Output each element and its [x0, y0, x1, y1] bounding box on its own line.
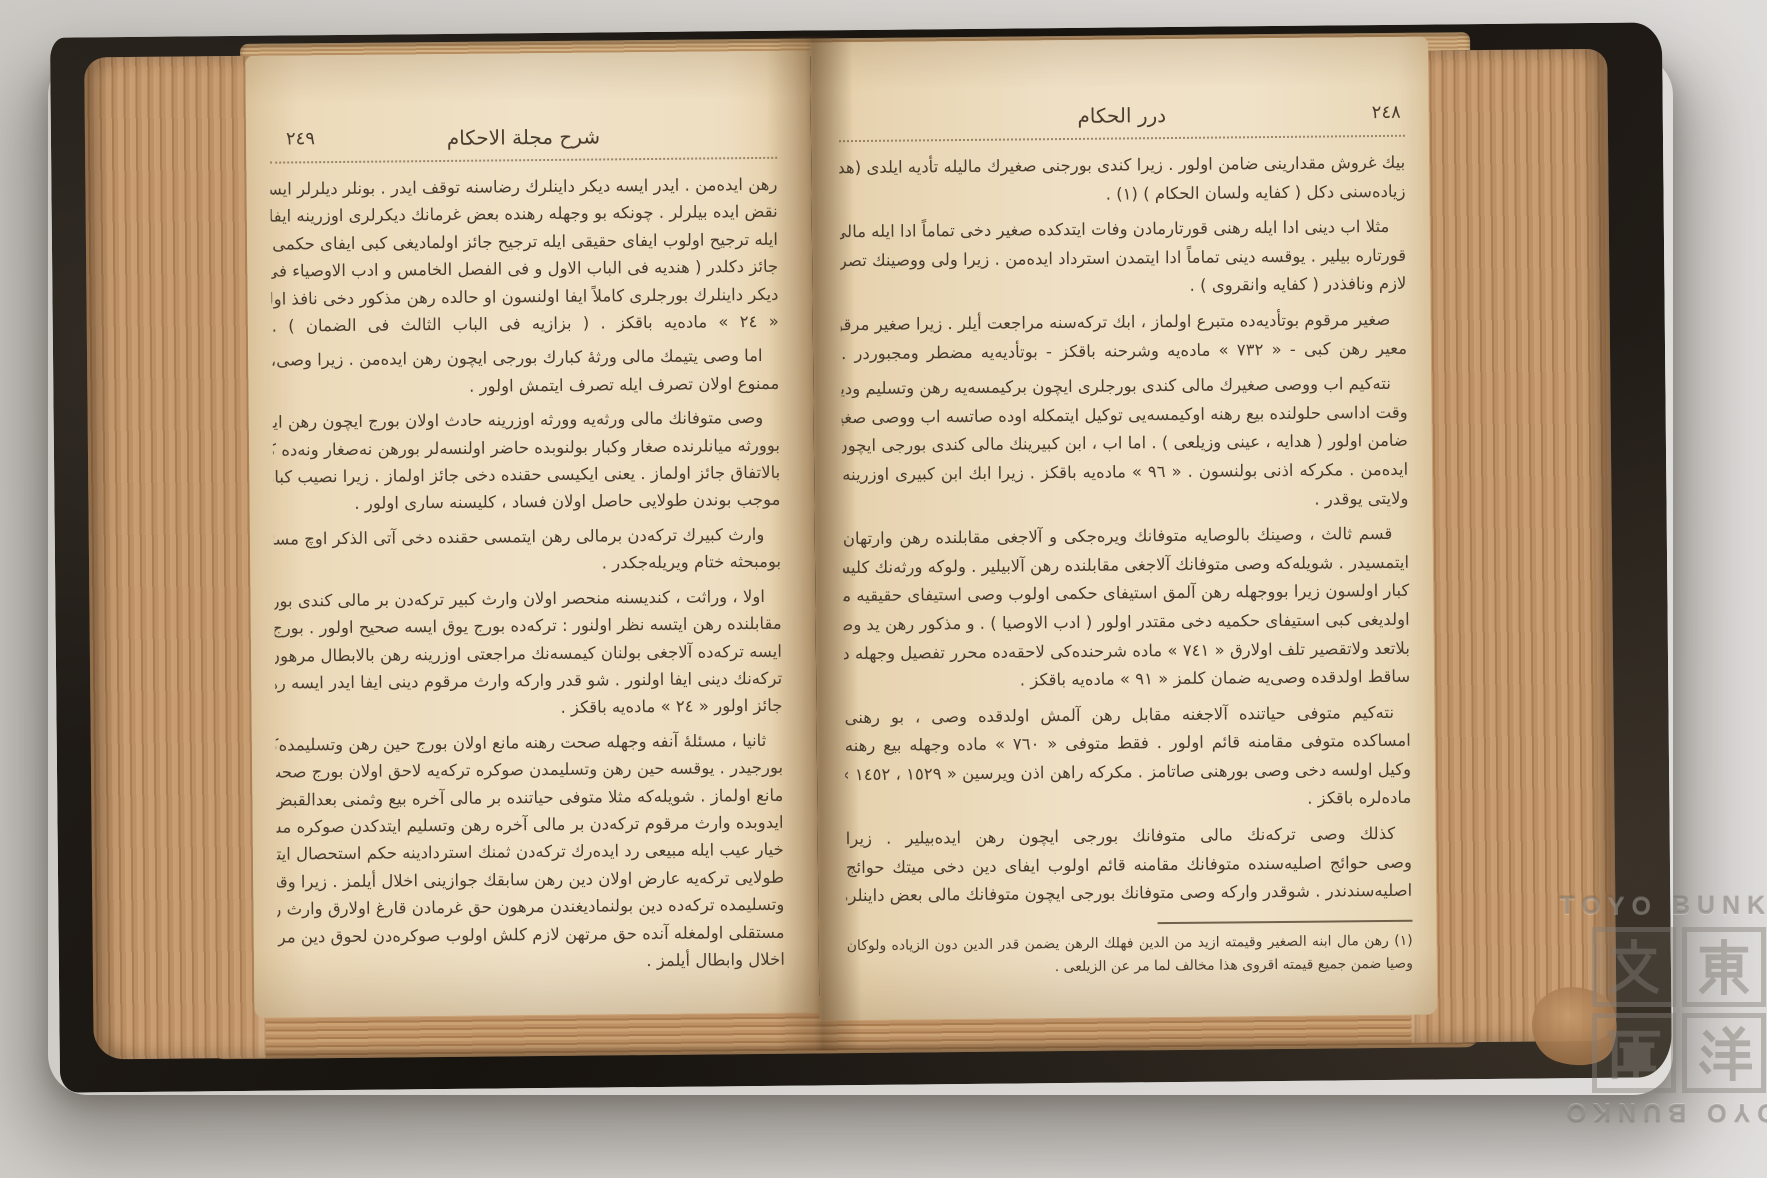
left-fore-edge-pages — [84, 56, 266, 1060]
right-page-content: ٢٤٨ درر الحكام بيك غروش مقدارينى ضامن او… — [839, 101, 1413, 981]
text-line: موجب بوندن طولايى حاصل اولان فساد ، كليس… — [273, 486, 780, 518]
left-page: ٢٤٩ شرح مجلة الاحكام رهن ايده‌من . ايدر … — [245, 50, 819, 1017]
text-line: بومبحثه ختام ويريله‌جكدر . — [274, 548, 781, 580]
text-line: اخلال وابطال أيلمز . — [278, 946, 785, 978]
left-page-number: ٢٤٩ — [286, 128, 315, 149]
text-line: مقابلنده رهن ايتسه نظر اولنور : تركه‌ده … — [275, 610, 782, 642]
text-line: اصليه‌سندندر . شوقدر واركه وصى متوفانك ب… — [846, 877, 1412, 911]
text-line: ولايتى يوقدر . — [842, 484, 1408, 518]
text-line: جائز اولور « ٢٤ » ماده‌يه باقكز . — [275, 692, 782, 724]
left-page-header-title: شرح مجلة الاحكام — [447, 124, 600, 149]
watermark-seal-right-column — [1682, 927, 1766, 1093]
right-page-head: ٢٤٨ درر الحكام — [839, 101, 1405, 138]
right-page-number: ٢٤٨ — [1372, 102, 1401, 123]
open-book: ٢٤٩ شرح مجلة الاحكام رهن ايده‌من . ايدر … — [50, 22, 1672, 1092]
right-page: ٢٤٨ درر الحكام بيك غروش مقدارينى ضامن او… — [810, 37, 1437, 1021]
text-line: بوورثه ميانلرنده صغار وكبار بولنوبده حاض… — [273, 431, 780, 463]
left-page-body-text: رهن ايده‌من . ايدر ايسه ديكر داينلرك رضا… — [270, 171, 785, 978]
text-line: زياده‌سنى دكل ( كفايه ولسان الحكام ) (١)… — [839, 177, 1405, 211]
text-line: ساقط اولدقده وصى‌يه ضمان كلمز « ٩١ » ماد… — [844, 663, 1410, 697]
text-line: « ٢٤ » ماده‌يه باقكز . ( بزازيه فى الباب… — [272, 308, 779, 340]
text-line: معير رهن كبى - « ٧٣٢ » ماده‌يه وشرحنه با… — [841, 334, 1407, 368]
left-page-content: ٢٤٩ شرح مجلة الاحكام رهن ايده‌من . ايدر … — [270, 123, 785, 978]
text-line: ممنوع اولان تصرف ايله تصرف ايتمش اولور . — [272, 370, 779, 402]
left-page-head: ٢٤٩ شرح مجلة الاحكام — [270, 123, 777, 160]
watermark-text-bottom: TOYO BUNKO — [1556, 1097, 1767, 1126]
seal-character-east-icon — [1682, 927, 1766, 1007]
right-page-body-text: بيك غروش مقدارينى ضامن اولور . زيرا كندى… — [839, 149, 1412, 911]
seal-character-ocean-icon — [1682, 1013, 1766, 1093]
footnote-separator-rule — [1158, 920, 1413, 924]
text-line: وتسليمده تركه‌ده دين بولنماديغندن مرهون … — [277, 891, 784, 923]
right-page-footnote: (١) رهن مال ابنه الصغير وقيمته ازيد من ا… — [847, 930, 1413, 981]
text-line: نقض ايده بيلرلر . چونكه بو وجهله رهنده ب… — [271, 198, 778, 230]
text-line: لازم ونافذدر ( كفايه وانقروى ) . — [840, 270, 1406, 304]
right-page-header-title: درر الحكام — [1077, 103, 1166, 128]
text-line: ماده‌لره باقكز . — [845, 784, 1411, 818]
photo-background: ٢٤٩ شرح مجلة الاحكام رهن ايده‌من . ايدر … — [0, 0, 1767, 1178]
text-line: بورجيدر . يوقسه حين رهن وتسليمدن صوكره ت… — [276, 754, 783, 786]
text-line: وصى متوفانك مالى ورثه‌يه وورثه اوزرينه ح… — [273, 404, 780, 436]
